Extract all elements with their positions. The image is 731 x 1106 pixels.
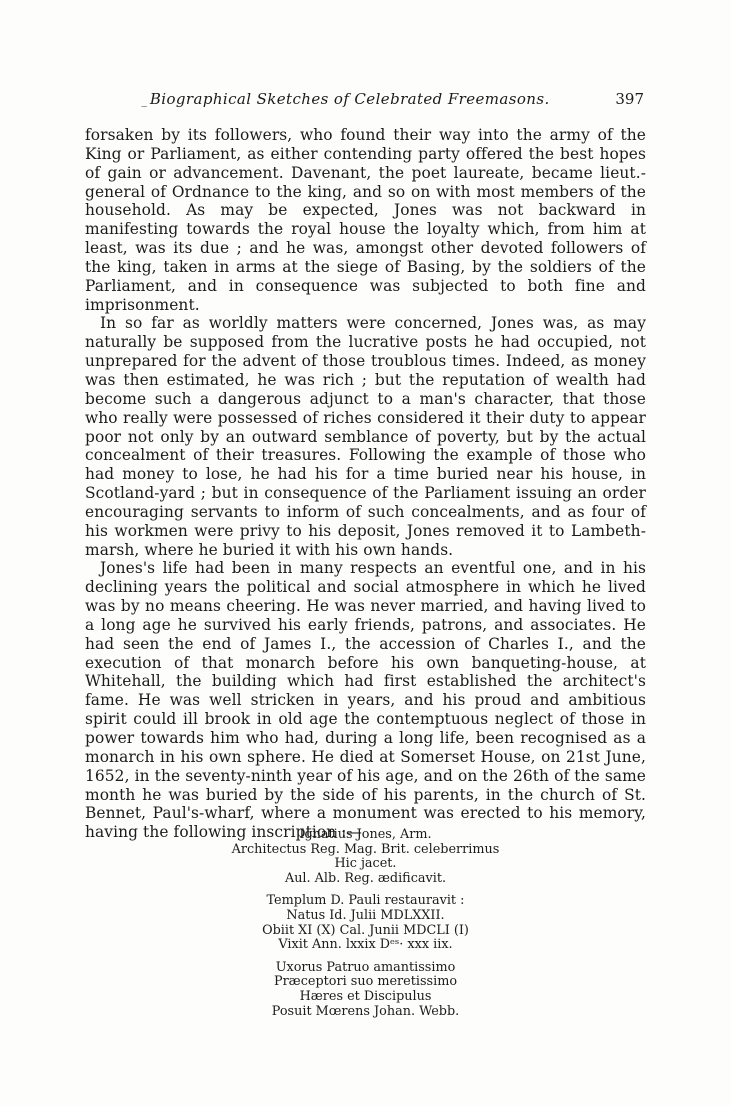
- inscription-line: Hæres et Discipulus: [85, 990, 646, 1005]
- body-text: forsaken by its followers, who found the…: [85, 126, 646, 842]
- inscription-line: Natus Id. Julii MDLXXII.: [85, 909, 646, 924]
- inscription-line: Templum D. Pauli restauravit :: [85, 894, 646, 909]
- inscription-group-2: Templum D. Pauli restauravit : Natus Id.…: [85, 894, 646, 952]
- paragraph-1: forsaken by its followers, who found the…: [85, 126, 646, 314]
- inscription-line: Aul. Alb. Reg. ædificavit.: [85, 872, 646, 887]
- paragraph-3: Jones's life had been in many respects a…: [85, 559, 646, 842]
- book-page: _Biographical Sketches of Celebrated Fre…: [0, 0, 731, 1106]
- inscription-line: Hic jacet.: [85, 857, 646, 872]
- inscription-group-3: Uxorus Patruo amantissimo Præceptori suo…: [85, 961, 646, 1019]
- inscription-block: Ignatius Jones, Arm. Architectus Reg. Ma…: [85, 828, 646, 1027]
- page-number: 397: [615, 90, 644, 108]
- page-header: _Biographical Sketches of Celebrated Fre…: [85, 90, 646, 110]
- paragraph-2: In so far as worldly matters were concer…: [85, 314, 646, 559]
- inscription-line: Præceptori suo meretissimo: [85, 975, 646, 990]
- inscription-line: Obiit XI (X) Cal. Junii MDCLI (I): [85, 924, 646, 939]
- inscription-line: Ignatius Jones, Arm.: [85, 828, 646, 843]
- inscription-line: Uxorus Patruo amantissimo: [85, 961, 646, 976]
- lead-mark: _: [141, 94, 147, 107]
- inscription-line: Vixit Ann. lxxix Dᵉˢ· xxx iix.: [85, 938, 646, 953]
- running-title-text: Biographical Sketches of Celebrated Free…: [150, 90, 550, 108]
- running-title: _Biographical Sketches of Celebrated Fre…: [85, 90, 646, 108]
- inscription-line: Architectus Reg. Mag. Brit. celeberrimus: [85, 843, 646, 858]
- inscription-group-1: Ignatius Jones, Arm. Architectus Reg. Ma…: [85, 828, 646, 886]
- inscription-line: Posuit Mœrens Johan. Webb.: [85, 1005, 646, 1020]
